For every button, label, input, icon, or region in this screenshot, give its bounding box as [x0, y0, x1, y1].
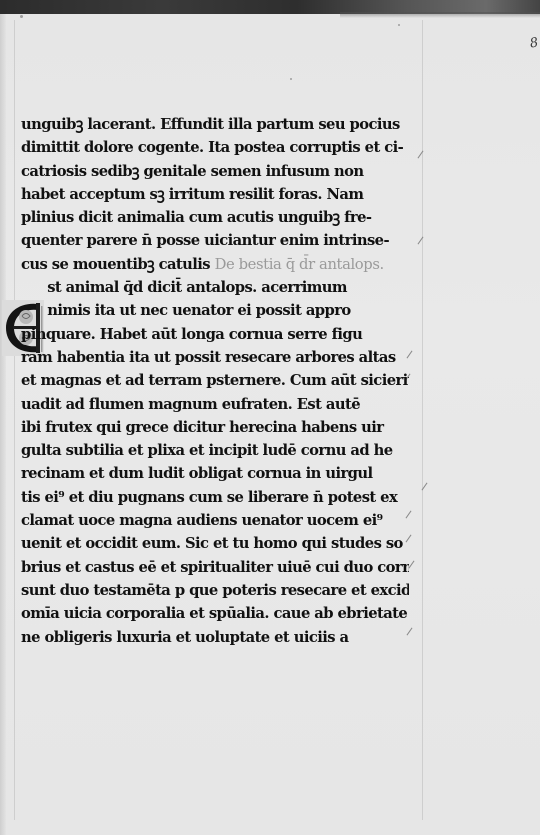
text-line: nimis ita ut nec uenator ei possit appro	[21, 299, 409, 322]
text-line: plinius dicit animalia cum acutis unguib…	[21, 206, 409, 229]
text-line: tis ei⁹ et diu pugnans cum se liberare n…	[21, 486, 409, 509]
text-line: ibi frutex qui grece dicitur herecina ha…	[21, 416, 409, 439]
left-ruling-line	[14, 20, 15, 820]
text-line: omīa uicia corporalia et spūalia. caue a…	[21, 602, 409, 625]
text-line: gulta subtilia et plixa et incipit ludē …	[21, 439, 409, 462]
text-line: uadit ad flumen magnum eufraten. Est aut…	[21, 393, 409, 416]
text-line: brius et castus eē et spiritualiter uiuē…	[21, 556, 409, 579]
text-line: sunt duo testamēta p que poteris resecar…	[21, 579, 409, 602]
parchment-speck	[20, 15, 23, 18]
text-line: habet acceptum sꝫ irritum resilit foras.…	[21, 183, 409, 206]
rubric-heading: De bestia q̄ d̄r antalops.	[215, 255, 384, 273]
parchment-speck	[290, 78, 292, 80]
text-line-end: cus se mouentibꝫ catulis	[21, 255, 210, 273]
text-line: et magnas et ad terram psternere. Cum aū…	[21, 369, 409, 392]
folio-number: 8	[529, 35, 540, 51]
text-line: clamat uoce magna audiens uenator uocem …	[21, 509, 409, 532]
text-line: ne obligeris luxuria et uoluptate et uic…	[21, 626, 409, 649]
text-line: unguibꝫ lacerant. Effundit illa partum s…	[21, 113, 409, 136]
text-line: catriosis sedibꝫ genitale semen infusum …	[21, 160, 409, 183]
text-line: pinquare. Habet aūt longa cornua serre f…	[21, 323, 409, 346]
page-curl-shadow	[340, 12, 540, 18]
binding-gutter	[0, 14, 6, 835]
manuscript-text-column: unguibꝫ lacerant. Effundit illa partum s…	[21, 113, 421, 649]
text-line: st animal q̄d dicit̄ antalops. acerrimum	[21, 276, 409, 299]
text-line: quenter parere n̄ posse uiciantur enim i…	[21, 229, 409, 252]
parchment-speck	[398, 24, 400, 26]
text-line: uenit et occidit eum. Sic et tu homo qui…	[21, 532, 409, 555]
text-line: recinam et dum ludit obligat cornua in u…	[21, 462, 409, 485]
text-line: dimittit dolore cogente. Ita postea corr…	[21, 136, 409, 159]
text-line: ram habentia ita ut possit resecare arbo…	[21, 346, 409, 369]
text-line-with-rubric: cus se mouentibꝫ catulis De bestia q̄ d̄…	[21, 253, 409, 276]
manuscript-page: 8 unguibꝫ lacerant. Effundit illa partum…	[0, 0, 540, 835]
right-ruling-line	[422, 20, 423, 820]
